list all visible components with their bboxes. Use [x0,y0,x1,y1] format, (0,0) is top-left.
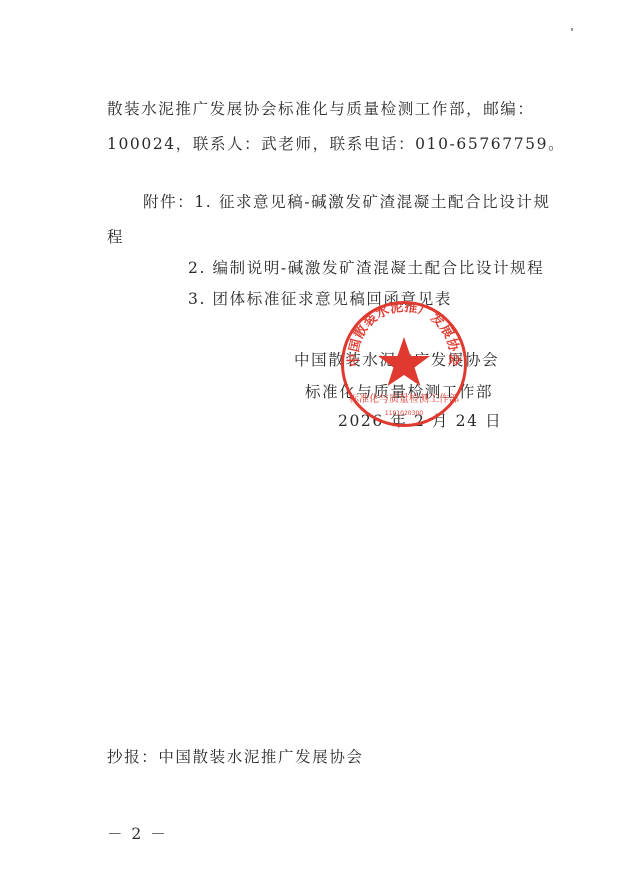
attachment-number: 3. [188,290,206,308]
scan-speck [571,28,573,31]
attachment-item-1: 附件：1. 征求意见稿-碱激发矿渣混凝土配合比设计规 [143,190,551,212]
cc-label: 抄报： [107,748,158,766]
attachments-label: 附件： [143,193,194,211]
svg-text:标准化与质量检测工作部: 标准化与质量检测工作部 [349,392,459,405]
cc-line: 抄报：中国散装水泥推广发展协会 [107,745,364,767]
page-number: － 2 － [107,822,168,844]
attachment-item-2: 2. 编制说明-碱激发矿渣混凝土配合比设计规程 [188,256,544,278]
attachment-title: 征求意见稿-碱激发矿渣混凝土配合比设计规 [219,193,551,211]
official-seal: 中国散装水泥推广发展协会 标准化与质量检测工作部 1101020300 [341,301,467,427]
attachment-number: 1. [194,193,212,211]
attachment-item-1-continuation: 程 [107,225,124,247]
paragraph-line-2: 100024，联系人：武老师，联系电话：010-65767759。 [107,132,565,154]
svg-text:1101020300: 1101020300 [385,410,423,417]
attachment-title: 编制说明-碱激发矿渣混凝土配合比设计规程 [213,259,545,277]
attachment-number: 2. [188,259,206,277]
seal-star-icon: 中国散装水泥推广发展协会 标准化与质量检测工作部 1101020300 [344,304,464,424]
cc-recipient: 中国散装水泥推广发展协会 [158,748,363,766]
paragraph-line-1: 散装水泥推广发展协会标准化与质量检测工作部，邮编： [107,97,535,119]
